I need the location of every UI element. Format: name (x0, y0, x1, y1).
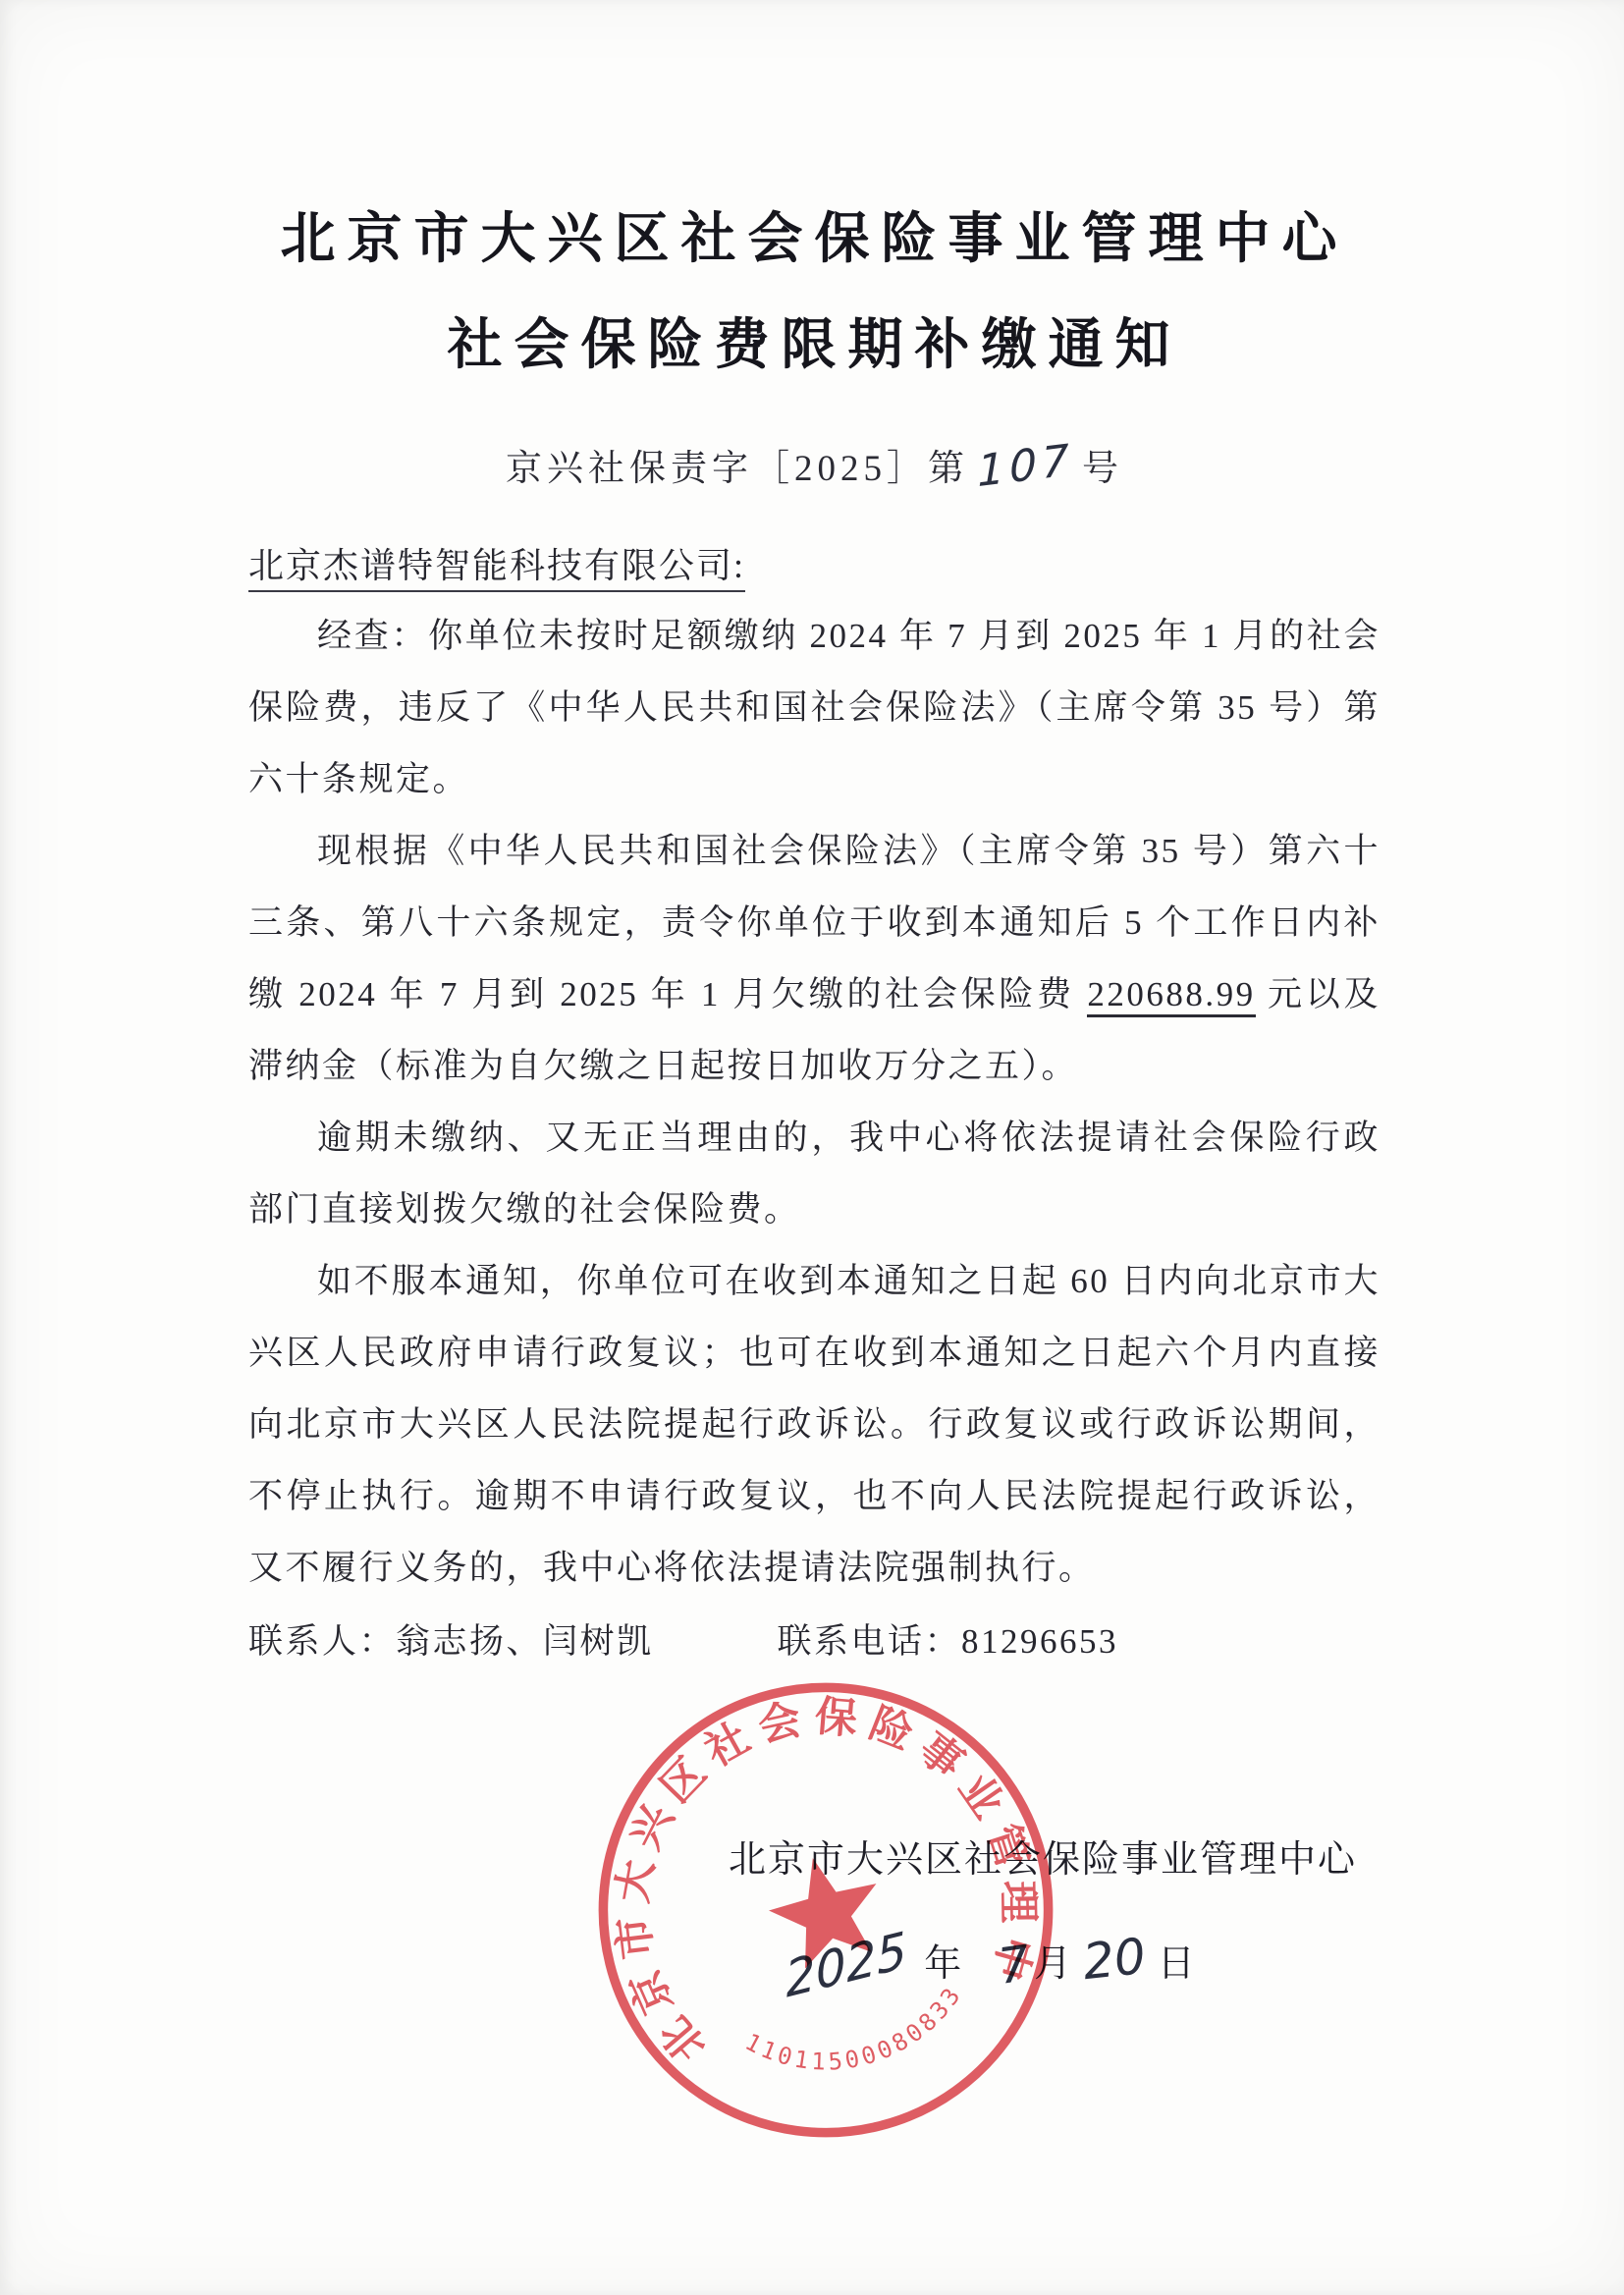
contact-person: 联系人：翁志扬、闫树凯 (248, 1606, 654, 1677)
document-title-subject: 社会保险费限期补缴通知 (248, 314, 1380, 377)
ref-handwritten-number: 107 (977, 435, 1074, 497)
handwritten-day: 20 (1081, 1935, 1148, 1984)
paragraph-appeal-rights: 如不服本通知，你单位可在收到本通知之日起 60 日内向北京市大兴区人民政府申请行… (248, 1245, 1380, 1604)
stamp-serial-number: 11011500080833 (735, 1976, 979, 2100)
overdue-amount: 220688.99 (1087, 975, 1255, 1017)
official-seal-stamp: 北京市大兴区社会保险事业管理中心 11011500080833 (541, 1625, 1110, 2194)
addressee-line: 北京杰谱特智能科技有限公司: (248, 538, 1380, 588)
document-body: 北京市大兴区社会保险事业管理中心 社会保险费限期补缴通知 京兴社保责字［2025… (0, 0, 1624, 1677)
paragraph-findings: 经查：你单位未按时足额缴纳 2024 年 7 月到 2025 年 1 月的社会保… (248, 600, 1380, 815)
stamp-ring-text: 北京市大兴区社会保险事业管理中心 (541, 1625, 1068, 2100)
addressee-company-name: 北京杰谱特智能科技有限公司: (248, 546, 745, 592)
reference-number-line: 京兴社保责字［2025］第107号 (248, 438, 1380, 491)
ref-prefix: 京兴社保责字［2025］第 (506, 449, 969, 489)
document-title-org: 北京市大兴区社会保险事业管理中心 (248, 208, 1380, 271)
contact-line: 联系人：翁志扬、闫树凯 联系电话：81296653 (248, 1606, 1380, 1677)
ref-suffix: 号 (1082, 449, 1123, 489)
paragraph-order: 现根据《中华人民共和国社会保险法》（主席令第 35 号）第六十三条、第八十六条规… (248, 815, 1380, 1102)
paragraph-enforcement: 逾期未缴纳、又无正当理由的，我中心将依法提请社会保险行政部门直接划拨欠缴的社会保… (248, 1102, 1380, 1245)
scanned-notice-document: 北京市大兴区社会保险事业管理中心 社会保险费限期补缴通知 京兴社保责字［2025… (0, 0, 1624, 2295)
day-label: 日 (1158, 1933, 1195, 1987)
stamp-star-icon (759, 1844, 892, 1973)
